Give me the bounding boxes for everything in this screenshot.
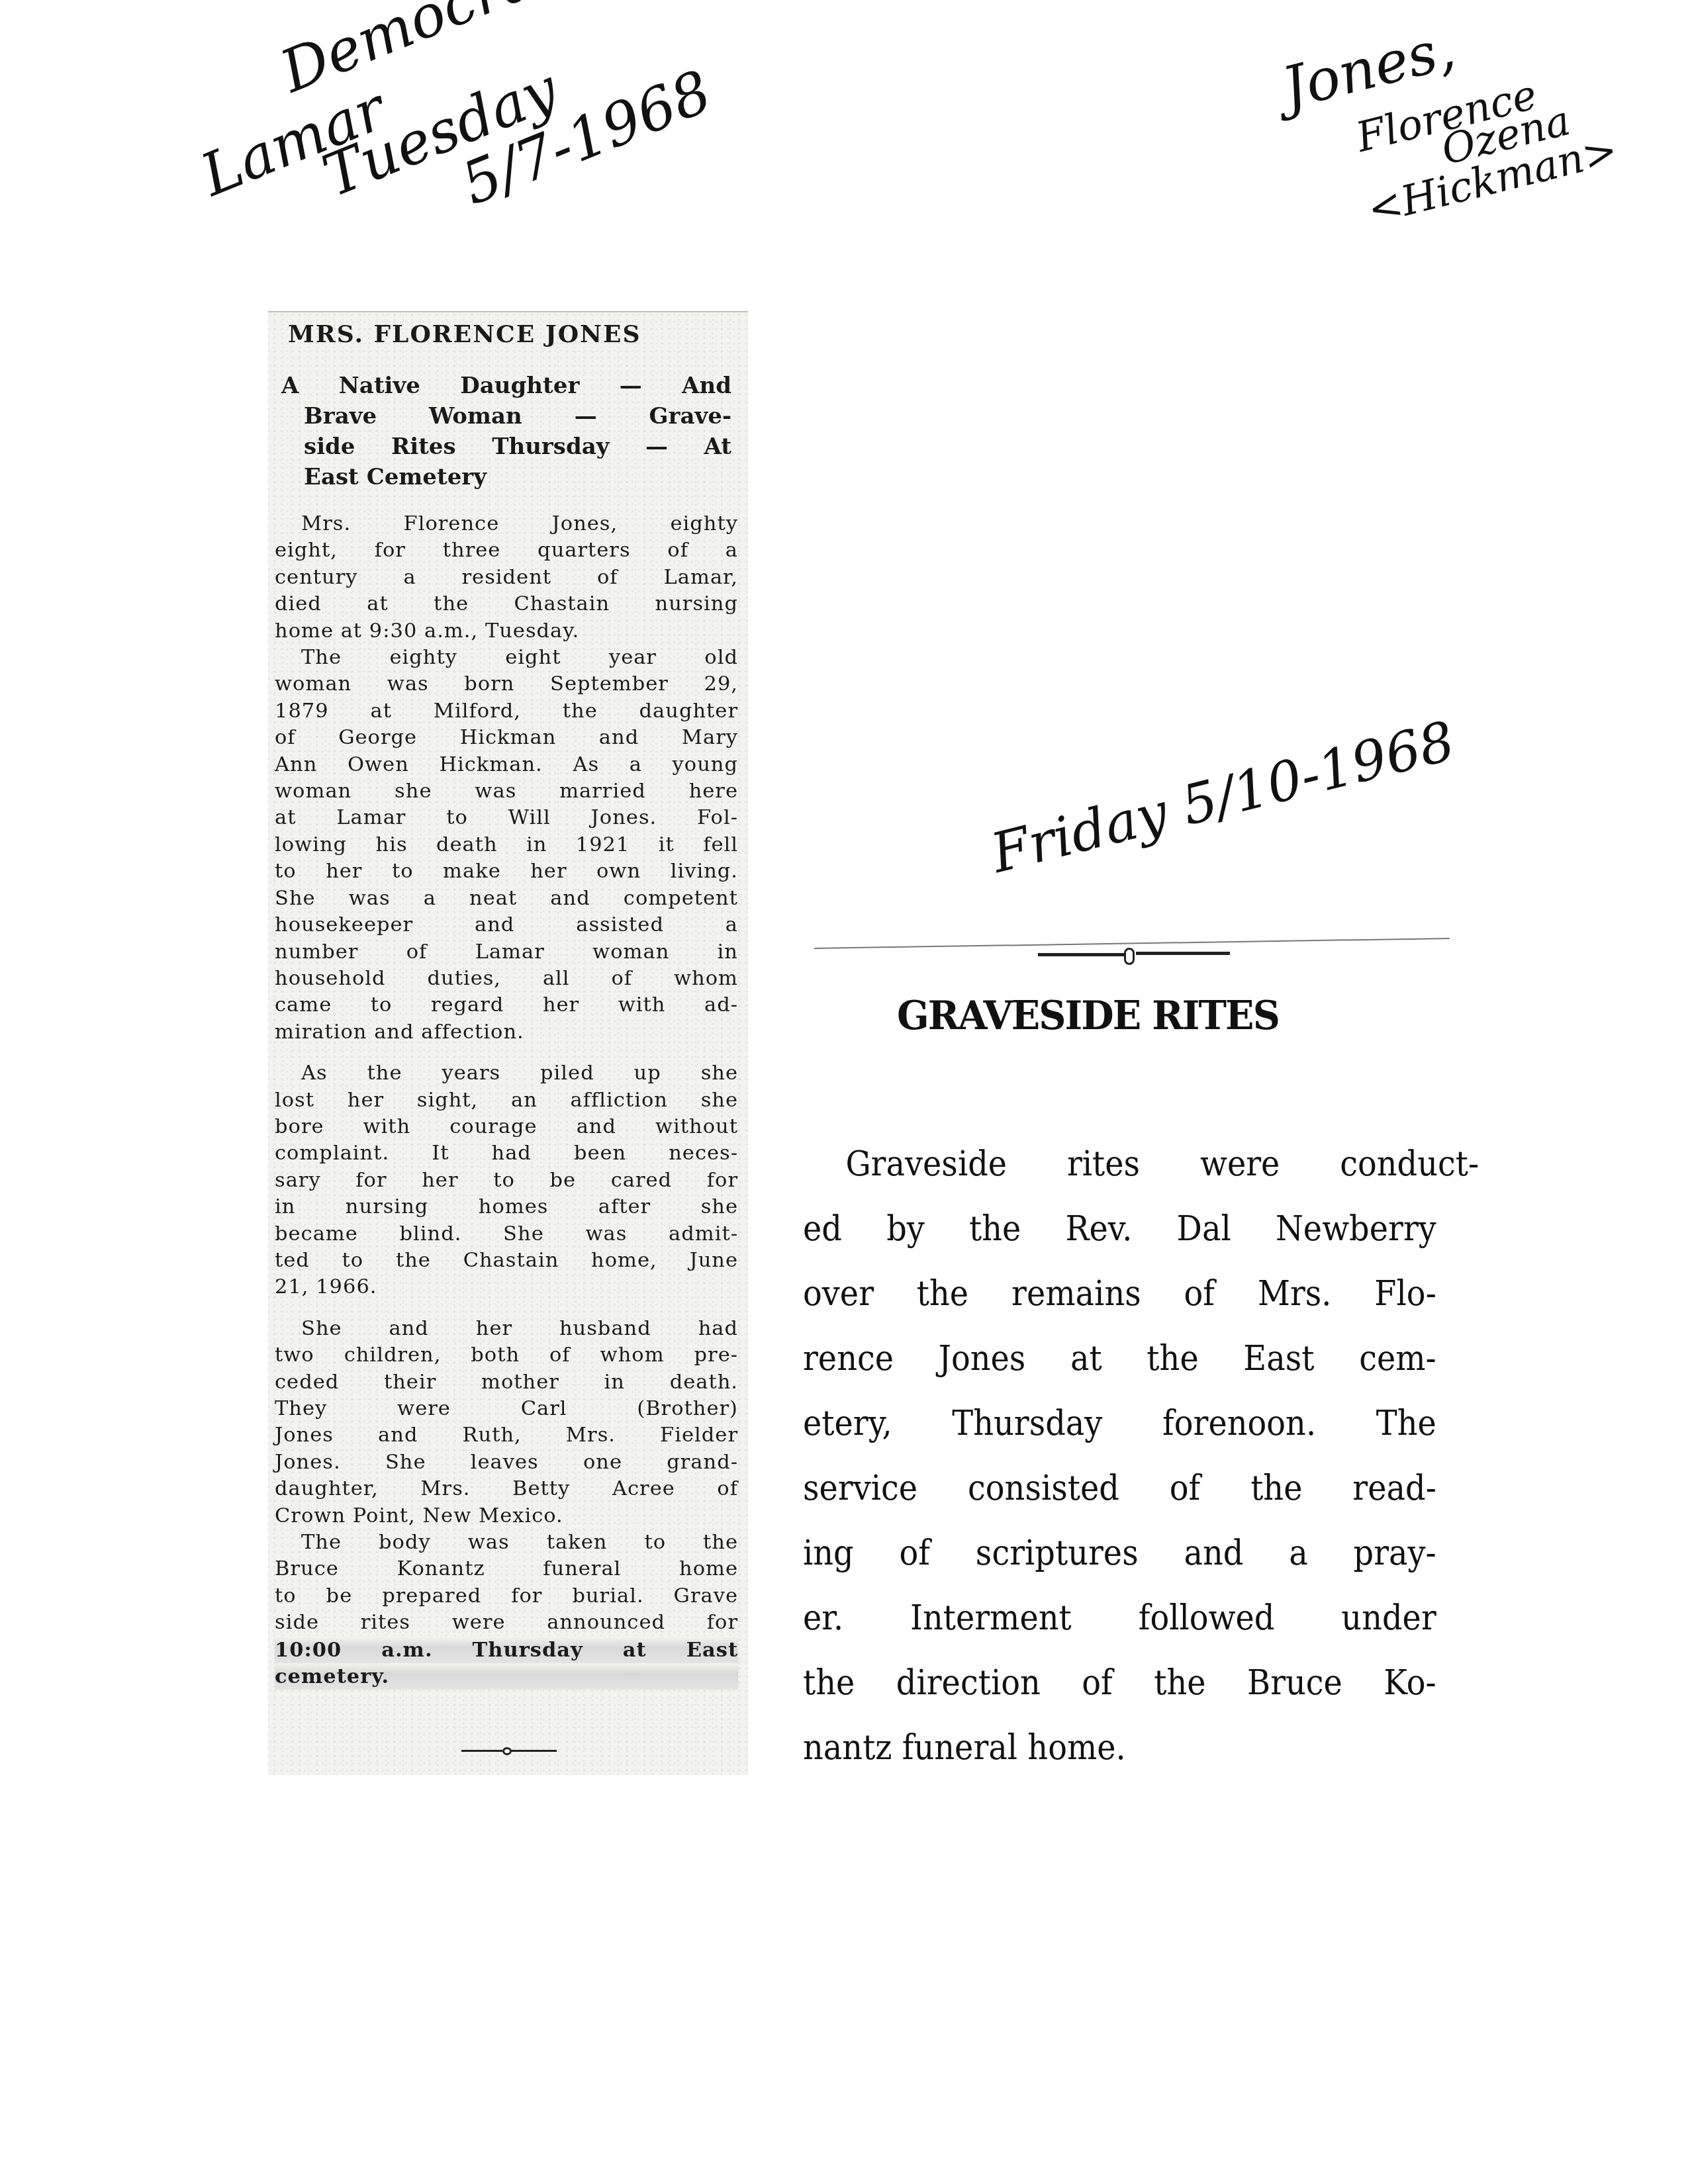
graveside-rites-body: Graveside rites were conduct-ed by the R… [803, 1132, 1400, 1780]
text-line: sary for her to be cared for [275, 1167, 738, 1194]
handwritten-name-note: Jones, Florence Ozena <Hickman> [1258, 0, 1646, 258]
text-line: The eighty eight year old [275, 645, 738, 671]
text-line: side rites were announced for [275, 1610, 738, 1636]
text-line: housekeeper and assisted a [275, 912, 738, 938]
text-line: Jones. She leaves one grand- [275, 1449, 738, 1476]
text-line: the direction of the Bruce Ko- [803, 1651, 1436, 1715]
text-line: woman she was married here [275, 778, 738, 805]
text-line: Ann Owen Hickman. As a young [275, 752, 738, 778]
text-line: The body was taken to the [275, 1529, 738, 1556]
text-line: cemetery. [275, 1663, 738, 1690]
text-line: ed by the Rev. Dal Newberry [803, 1197, 1436, 1261]
text-line: number of Lamar woman in [275, 939, 738, 966]
text-line: ing of scriptures and a pray- [803, 1521, 1436, 1586]
text-line: ceded their mother in death. [275, 1369, 738, 1396]
obituary-clipping: MRS. FLORENCE JONES A Native Daughter — … [268, 311, 748, 1775]
text-line: Mrs. Florence Jones, eighty [275, 511, 738, 537]
text-line: Jones and Ruth, Mrs. Fielder [275, 1422, 738, 1449]
headline-line: side Rites Thursday — At [281, 432, 731, 462]
text-line: of George Hickman and Mary [275, 725, 738, 751]
text-line: er. Interment followed under [803, 1586, 1436, 1651]
text-line: etery, Thursday forenoon. The [803, 1391, 1436, 1456]
obituary-body: Mrs. Florence Jones, eightyeight, for th… [275, 511, 738, 1690]
text-line: They were Carl (Brother) [275, 1396, 738, 1422]
text-line: 10:00 a.m. Thursday at East [275, 1637, 738, 1663]
text-line: Bruce Konantz funeral home [275, 1556, 738, 1582]
text-line: century a resident of Lamar, [275, 565, 738, 591]
text-line: Crown Point, New Mexico. [275, 1503, 738, 1529]
graveside-rites-title: GRAVESIDE RITES [897, 993, 1279, 1039]
text-line: Graveside rites were conduct- [803, 1132, 1479, 1197]
text-line: two children, both of whom pre- [275, 1342, 738, 1369]
section-divider-ornament [461, 1749, 557, 1752]
obituary-paragraph: Mrs. Florence Jones, eightyeight, for th… [275, 511, 738, 645]
text-line: 21, 1966. [275, 1274, 738, 1300]
text-line: to be prepared for burial. Grave [275, 1583, 738, 1610]
text-line: ted to the Chastain home, June [275, 1248, 738, 1274]
text-line: came to regard her with ad- [275, 992, 738, 1019]
text-line: at Lamar to Will Jones. Fol- [275, 805, 738, 831]
obituary-paragraph: She and her husband hadtwo children, bot… [275, 1316, 738, 1529]
text-line: household duties, all of whom [275, 966, 738, 992]
headline-line: Brave Woman — Grave- [281, 401, 731, 432]
text-line: became blind. She was admit- [275, 1221, 738, 1248]
text-line: miration and affection. [275, 1019, 738, 1046]
text-line: woman was born September 29, [275, 671, 738, 698]
obituary-title: MRS. FLORENCE JONES [288, 320, 725, 348]
text-line: bore with courage and without [275, 1114, 738, 1140]
text-line: lost her sight, an affliction she [275, 1087, 738, 1114]
text-line: nantz funeral home. [803, 1715, 1436, 1780]
text-line: in nursing homes after she [275, 1194, 738, 1220]
text-line: eight, for three quarters of a [275, 537, 738, 564]
handwritten-source-note: Lamar Democrat Tuesday 5/7-1968 [164, 0, 619, 261]
text-line: over the remains of Mrs. Flo- [803, 1261, 1436, 1326]
obituary-paragraph: As the years piled up shelost her sight,… [275, 1060, 738, 1301]
obituary-headline: A Native Daughter — And Brave Woman — Gr… [281, 371, 731, 492]
text-line: She and her husband had [275, 1316, 738, 1342]
text-line: died at the Chastain nursing [275, 591, 738, 617]
obituary-paragraph: The body was taken to theBruce Konantz f… [275, 1529, 738, 1690]
handwritten-second-date: Friday 5/10-1968 [986, 714, 1460, 882]
obituary-paragraph: The eighty eight year oldwoman was born … [275, 645, 738, 1046]
text-line: rence Jones at the East cem- [803, 1326, 1436, 1391]
section-divider-ornament [1038, 948, 1230, 964]
text-line: As the years piled up she [275, 1060, 738, 1087]
headline-line: A Native Daughter — And [281, 371, 731, 401]
text-line: to her to make her own living. [275, 858, 738, 885]
text-line: complaint. It had been neces- [275, 1140, 738, 1167]
text-line: daughter, Mrs. Betty Acree of [275, 1476, 738, 1502]
headline-line: East Cemetery [281, 462, 731, 492]
text-line: 1879 at Milford, the daughter [275, 698, 738, 725]
text-line: lowing his death in 1921 it fell [275, 832, 738, 858]
text-line: She was a neat and competent [275, 886, 738, 912]
text-line: service consisted of the read- [803, 1456, 1436, 1521]
text-line: home at 9:30 a.m., Tuesday. [275, 618, 738, 645]
